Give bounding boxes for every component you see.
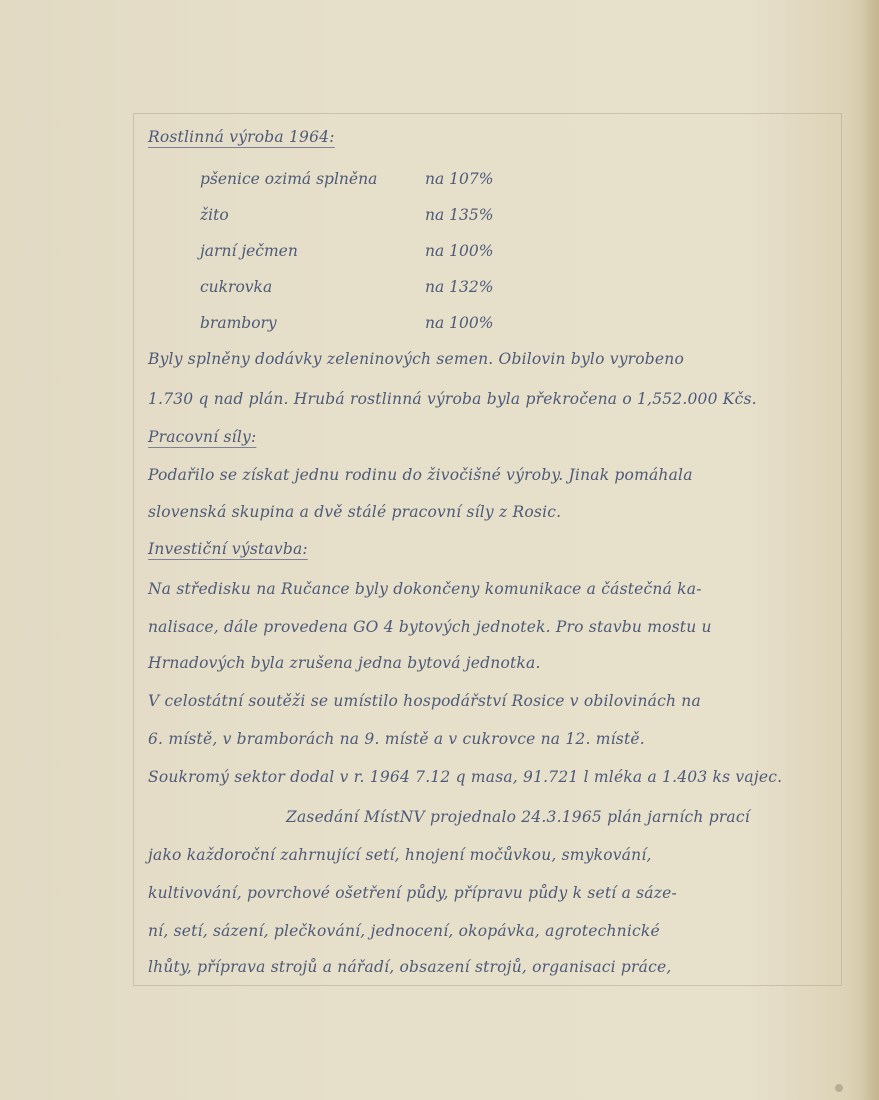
crop-name: cukrovka (200, 278, 425, 296)
text-line-indented: Zasedání MístNV projednalo 24.3.1965 plá… (286, 808, 750, 826)
paper-spot (835, 1084, 843, 1092)
page-edge-shadow (861, 0, 879, 1100)
text-line: kultivování, povrchové ošetření půdy, př… (148, 884, 677, 902)
heading-investment: Investiční výstavba: (148, 540, 308, 558)
heading-plant-production: Rostlinná výroba 1964: (148, 128, 335, 146)
crop-row: pšenice ozimá splněnana 107% (200, 170, 493, 188)
text-line: Na středisku na Ručance byly dokončeny k… (148, 580, 702, 598)
text-line: V celostátní soutěži se umístilo hospodá… (148, 692, 701, 710)
crop-name: jarní ječmen (200, 242, 425, 260)
text-line: ní, setí, sázení, plečkování, jednocení,… (148, 922, 660, 940)
crop-value: na 107% (425, 170, 493, 188)
crop-row: jarní ječmenna 100% (200, 242, 493, 260)
crop-row: bramboryna 100% (200, 314, 493, 332)
crop-row: cukrovkana 132% (200, 278, 493, 296)
text-line: nalisace, dále provedena GO 4 bytových j… (148, 618, 712, 636)
text-line: Byly splněny dodávky zeleninových semen.… (148, 350, 684, 368)
crop-row: žitona 135% (200, 206, 493, 224)
crop-value: na 100% (425, 314, 493, 332)
crop-value: na 132% (425, 278, 493, 296)
text-line: slovenská skupina a dvě stálé pracovní s… (148, 503, 561, 521)
text-line: lhůty, příprava strojů a nářadí, obsazen… (148, 958, 672, 976)
crop-value: na 100% (425, 242, 493, 260)
crop-name: brambory (200, 314, 425, 332)
text-line: jako každoroční zahrnující setí, hnojení… (148, 846, 652, 864)
text-line: Soukromý sektor dodal v r. 1964 7.12 q m… (148, 768, 782, 786)
crop-value: na 135% (425, 206, 493, 224)
text-line: Hrnadových byla zrušena jedna bytová jed… (148, 654, 541, 672)
document-page: Rostlinná výroba 1964: pšenice ozimá spl… (0, 0, 879, 1100)
crop-name: pšenice ozimá splněna (200, 170, 425, 188)
text-line: 1.730 q nad plán. Hrubá rostlinná výroba… (148, 390, 757, 408)
text-line: 6. místě, v bramborách na 9. místě a v c… (148, 730, 645, 748)
heading-labor: Pracovní síly: (148, 428, 256, 446)
crop-name: žito (200, 206, 425, 224)
text-line: Podařilo se získat jednu rodinu do živoč… (148, 466, 693, 484)
